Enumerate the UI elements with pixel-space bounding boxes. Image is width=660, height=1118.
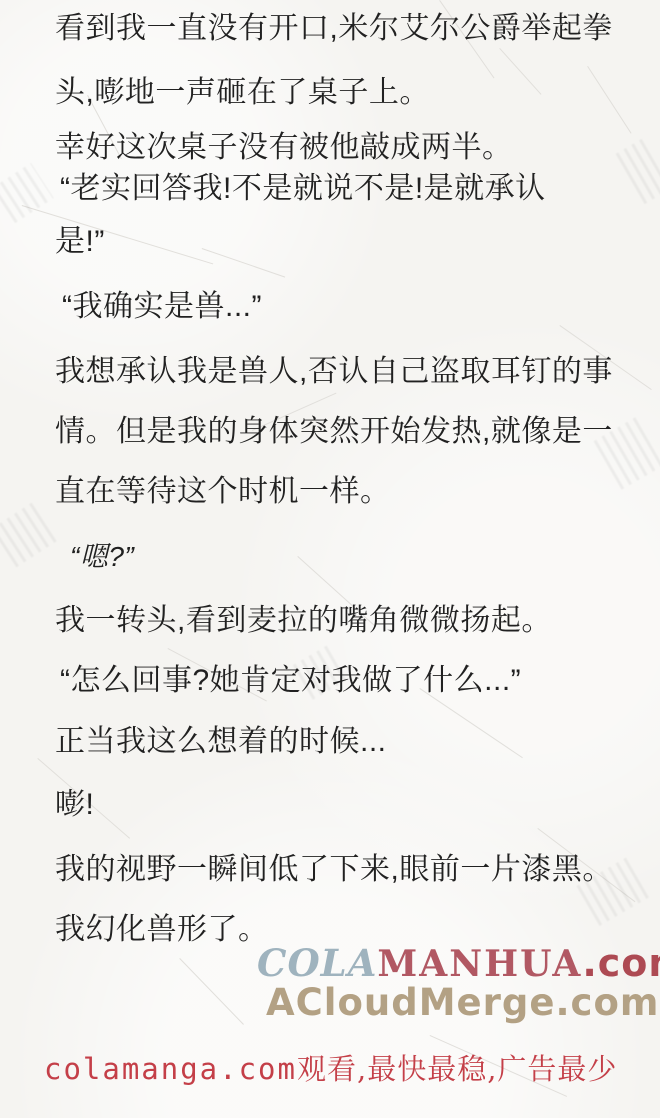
text-line: 头,嘭地一声砸在了桌子上。 bbox=[55, 76, 430, 110]
crease-line bbox=[499, 48, 541, 95]
logo-text-com: .com bbox=[582, 941, 660, 985]
footer-site-url: colamanga.com bbox=[44, 1052, 297, 1086]
crease-line bbox=[202, 248, 286, 278]
text-line: 我幻化兽形了。 bbox=[55, 913, 269, 947]
text-line: 幸好这次桌子没有被他敲成两半。 bbox=[55, 131, 513, 165]
text-line: 我一转头,看到麦拉的嘴角微微扬起。 bbox=[55, 604, 552, 638]
faint-watermark-smudge bbox=[616, 138, 660, 204]
logo-text-cola: COLA bbox=[257, 941, 377, 985]
crease-line bbox=[587, 66, 631, 134]
colamanhua-watermark: COLAMANHUA.com bbox=[257, 941, 660, 985]
acloudmerge-watermark: ACloudMerge.com bbox=[266, 981, 659, 1024]
comic-page-image[interactable]: 看到我一直没有开口,米尔艾尔公爵举起拳 头,嘭地一声砸在了桌子上。 幸好这次桌子… bbox=[0, 0, 660, 1118]
text-line: 我的视野一瞬间低了下来,眼前一片漆黑。 bbox=[55, 853, 613, 887]
logo-text-manhua: MANHUA bbox=[377, 943, 582, 985]
footer-notice: colamanga.com观看,最快最稳,广告最少 bbox=[44, 1047, 617, 1088]
text-line: 情。但是我的身体突然开始发热,就像是一 bbox=[55, 415, 613, 449]
text-line: 看到我一直没有开口,米尔艾尔公爵举起拳 bbox=[55, 12, 613, 46]
faint-watermark-smudge bbox=[0, 503, 57, 568]
crease-line bbox=[179, 958, 244, 1025]
crease-line bbox=[419, 688, 522, 758]
faint-watermark-smudge bbox=[0, 163, 54, 223]
text-line: 是!” bbox=[55, 225, 105, 259]
footer-slogan: 观看,最快最稳,广告最少 bbox=[297, 1052, 617, 1086]
crease-line bbox=[22, 205, 214, 264]
text-line: 直在等待这个时机一样。 bbox=[55, 475, 391, 509]
text-line: “我确实是兽...” bbox=[62, 290, 262, 324]
text-line-italic: “嗯?” bbox=[70, 540, 134, 574]
text-line: 正当我这么想着的时候... bbox=[55, 725, 387, 759]
text-line: “怎么回事?她肯定对我做了什么...” bbox=[60, 664, 521, 698]
text-line: 我想承认我是兽人,否认自己盗取耳钉的事 bbox=[55, 355, 613, 389]
text-line: 嘭! bbox=[55, 788, 94, 822]
text-line: “老实回答我!不是就说不是!是就承认 bbox=[60, 172, 546, 206]
